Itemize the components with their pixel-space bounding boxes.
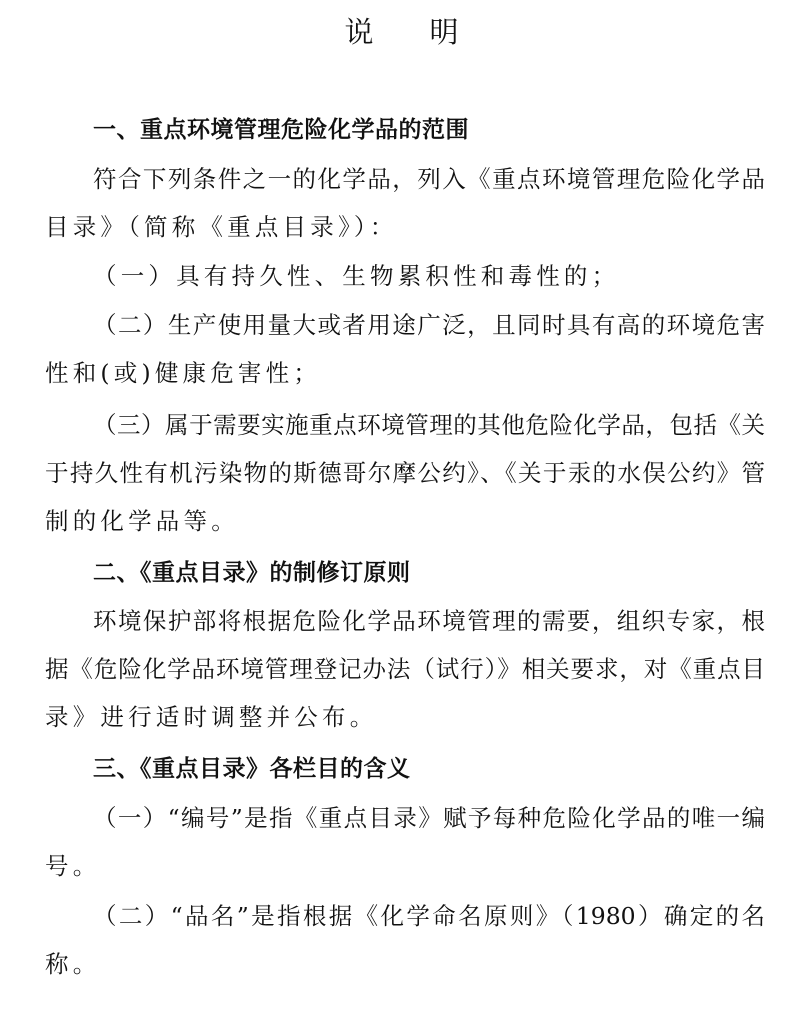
paragraph-line: 称。 [45, 949, 765, 979]
paragraph-first-line: （一）具有持久性、生物累积性和毒性的； [93, 261, 765, 291]
section-heading: 三、《重点目录》各栏目的含义 [93, 754, 765, 784]
paragraph-line: 据《危险化学品环境管理登记办法（试行）》相关要求，对《重点目 [45, 654, 765, 684]
paragraph-first-line: （二）“品名”是指根据《化学命名原则》（1980）确定的名 [93, 901, 765, 931]
paragraph-first-line: 符合下列条件之一的化学品，列入《重点环境管理危险化学品 [93, 164, 765, 194]
paragraph-line: 录》进行适时调整并公布。 [45, 702, 765, 732]
paragraph-first-line: 环境保护部将根据危险化学品环境管理的需要，组织专家，根 [93, 606, 765, 636]
page-title: 说明 [0, 10, 803, 51]
paragraph-first-line: （二）生产使用量大或者用途广泛，且同时具有高的环境危害 [93, 310, 765, 340]
paragraph-line: 制的化学品等。 [45, 506, 765, 536]
paragraph-line: 性和(或)健康危害性； [45, 358, 765, 388]
section-heading: 一、重点环境管理危险化学品的范围 [93, 115, 765, 145]
paragraph-line: 于持久性有机污染物的斯德哥尔摩公约》、《关于汞的水俣公约》管 [45, 458, 765, 488]
paragraph-line: 目录》（简称《重点目录》）： [45, 212, 765, 242]
paragraph-line: 号。 [45, 851, 765, 881]
paragraph-first-line: （一）“编号”是指《重点目录》赋予每种危险化学品的唯一编 [93, 803, 765, 833]
section-heading: 二、《重点目录》的制修订原则 [93, 558, 765, 588]
paragraph-first-line: （三）属于需要实施重点环境管理的其他危险化学品，包括《关 [93, 410, 765, 440]
